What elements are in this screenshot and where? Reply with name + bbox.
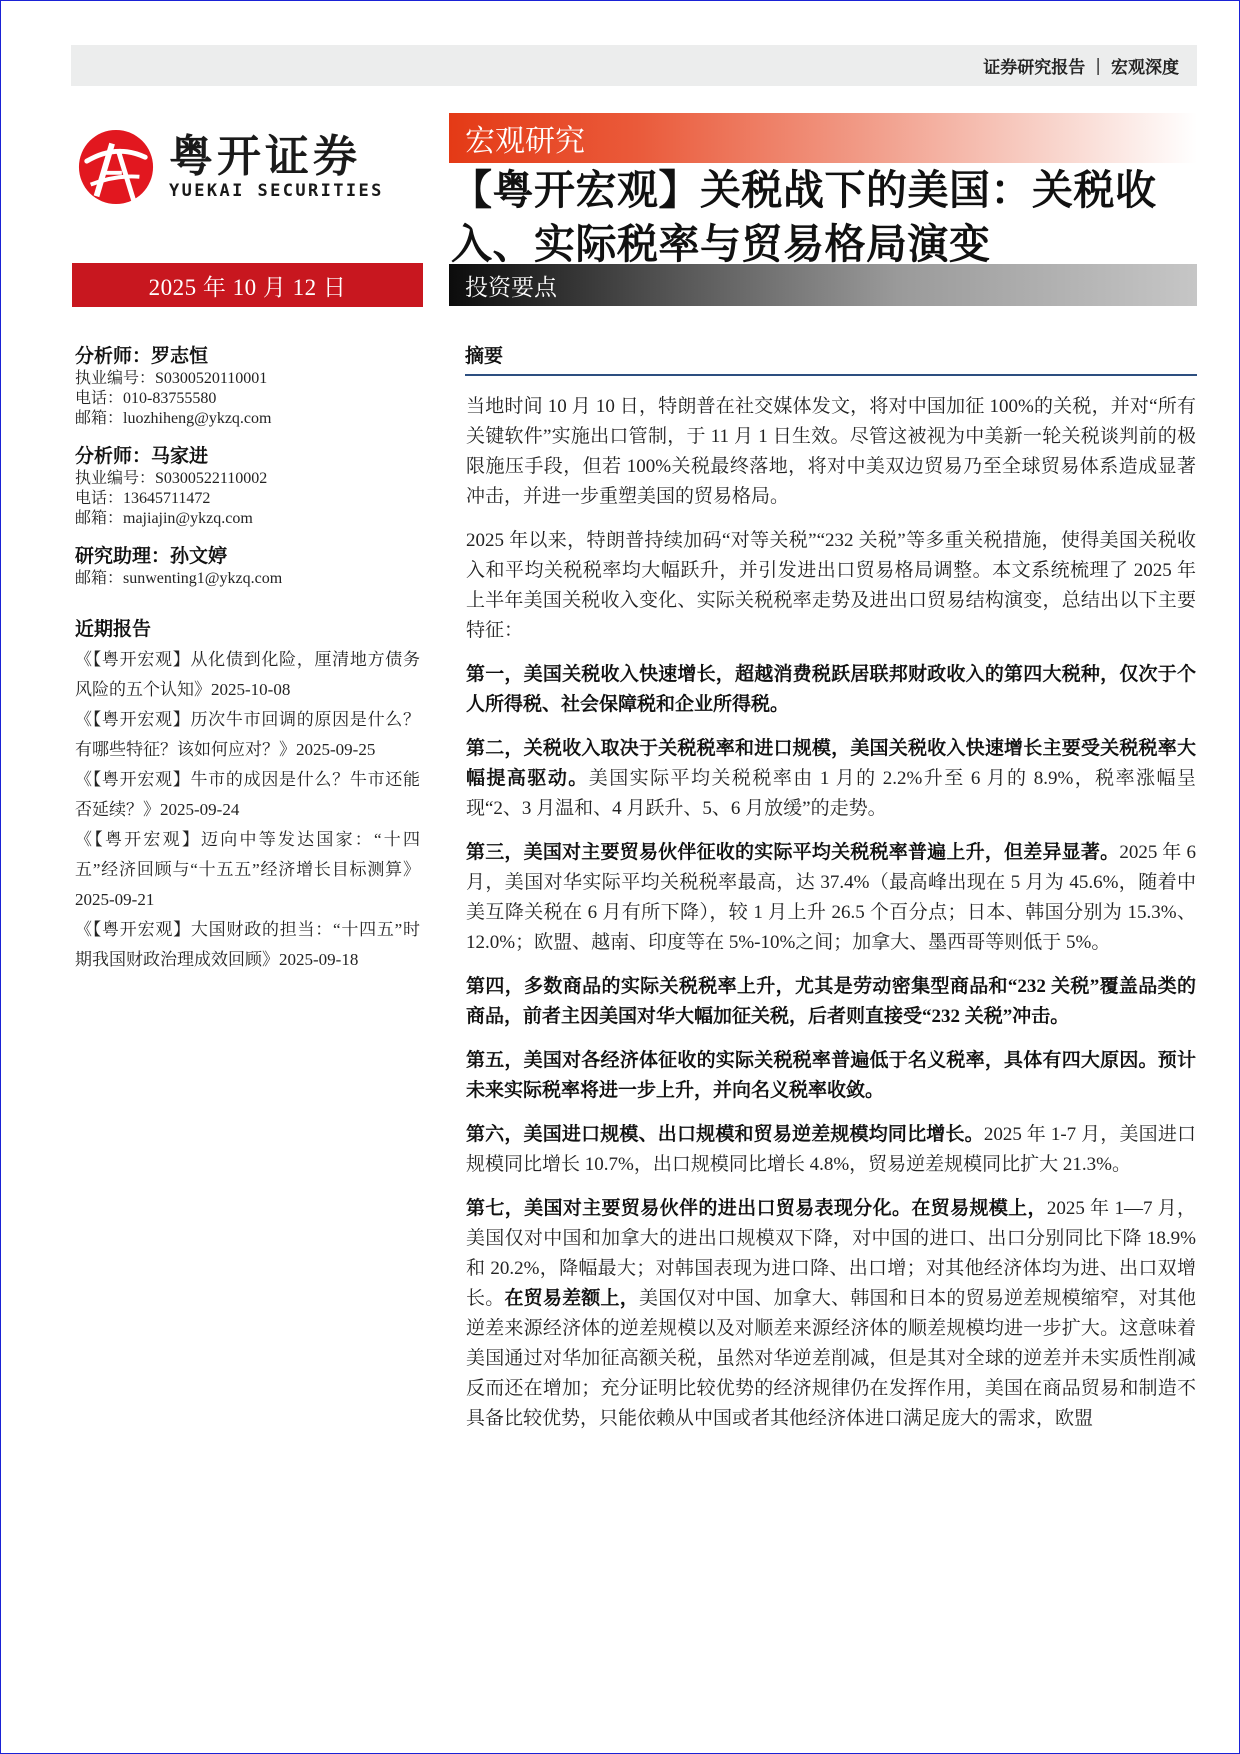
finding-7: 第七，美国对主要贸易伙伴的进出口贸易表现分化。在贸易规模上，2025 年 1—7…	[466, 1194, 1196, 1434]
recent-report-link[interactable]: 《【粤开宏观】牛市的成因是什么？牛市还能否延续？》2025-09-24	[75, 765, 420, 825]
logo-en-name: YUEKAI SECURITIES	[169, 181, 384, 201]
finding-2: 第二，关税收入取决于关税税率和进口规模，美国关税收入快速增长主要受关税税率大幅提…	[466, 734, 1196, 824]
finding-1: 第一，美国关税收入快速增长，超越消费税跃居联邦财政收入的第四大税种，仅次于个人所…	[466, 660, 1196, 720]
analyst-email[interactable]: 邮箱：majiajin@ykzq.com	[75, 509, 420, 529]
header-separator: |	[1095, 56, 1101, 76]
finding-lead: 第四，多数商品的实际关税税率上升，尤其是劳动密集型商品和“232 关税”覆盖品类…	[466, 976, 1196, 1027]
paragraph-text: 当地时间 10 月 10 日，特朗普在社交媒体发文，将对中国加征 100%的关税…	[466, 396, 1196, 507]
abstract-section: 摘要 当地时间 10 月 10 日，特朗普在社交媒体发文，将对中国加征 100%…	[466, 341, 1196, 1434]
analyst-phone: 电话：13645711472	[75, 489, 420, 509]
finding-lead: 第六，美国进口规模、出口规模和贸易逆差规模均同比增长。	[466, 1124, 984, 1145]
analyst-name: 分析师：罗志恒	[75, 343, 420, 369]
abstract-paragraph: 2025 年以来，特朗普持续加码“对等关税”“232 关税”等多重关税措施，使得…	[466, 526, 1196, 646]
logo-cn-name: 粤开证券	[169, 133, 384, 181]
yuekai-logo-icon	[77, 128, 155, 206]
assistant-block: 研究助理：孙文婷 邮箱：sunwenting1@ykzq.com	[75, 543, 420, 589]
report-header-bar: 证券研究报告 | 宏观深度	[71, 45, 1197, 86]
finding-3: 第三，美国对主要贸易伙伴征收的实际平均关税税率普遍上升，但差异显著。2025 年…	[466, 838, 1196, 958]
finding-lead: 第五，美国对各经济体征收的实际关税税率普遍低于名义税率，具体有四大原因。预计未来…	[466, 1050, 1196, 1101]
finding-5: 第五，美国对各经济体征收的实际关税税率普遍低于名义税率，具体有四大原因。预计未来…	[466, 1046, 1196, 1106]
abstract-heading: 摘要	[465, 341, 1197, 376]
report-type: 证券研究报告	[983, 53, 1085, 78]
finding-lead: 第一，美国关税收入快速增长，超越消费税跃居联邦财政收入的第四大税种，仅次于个人所…	[466, 664, 1196, 715]
sidebar: 分析师：罗志恒 执业编号：S0300520110001 电话：010-83755…	[75, 343, 420, 975]
analyst-license: 执业编号：S0300520110001	[75, 369, 420, 389]
analyst-phone: 电话：010-83755580	[75, 389, 420, 409]
finding-text-continued: 美国仅对中国、加拿大、韩国和日本的贸易逆差规模缩窄，对其他逆差来源经济体的逆差规…	[466, 1288, 1196, 1429]
analyst-email[interactable]: 邮箱：luozhiheng@ykzq.com	[75, 409, 420, 429]
finding-6: 第六，美国进口规模、出口规模和贸易逆差规模均同比增长。2025 年 1-7 月，…	[466, 1120, 1196, 1180]
finding-lead: 第七，美国对主要贸易伙伴的进出口贸易表现分化。在贸易规模上，	[466, 1198, 1047, 1219]
category-banner: 宏观研究	[449, 113, 1197, 163]
assistant-name: 研究助理：孙文婷	[75, 543, 420, 569]
finding-4: 第四，多数商品的实际关税税率上升，尤其是劳动密集型商品和“232 关税”覆盖品类…	[466, 972, 1196, 1032]
recent-report-link[interactable]: 《【粤开宏观】大国财政的担当：“十四五”时期我国财政治理成效回顾》2025-09…	[75, 915, 420, 975]
assistant-email[interactable]: 邮箱：sunwenting1@ykzq.com	[75, 569, 420, 589]
company-logo: 粤开证券 YUEKAI SECURITIES	[77, 127, 417, 207]
analyst-license: 执业编号：S0300522110002	[75, 469, 420, 489]
analyst-name: 分析师：马家进	[75, 443, 420, 469]
analyst-block: 分析师：马家进 执业编号：S0300522110002 电话：136457114…	[75, 443, 420, 529]
abstract-paragraph: 当地时间 10 月 10 日，特朗普在社交媒体发文，将对中国加征 100%的关税…	[466, 392, 1196, 512]
recent-reports-heading: 近期报告	[75, 615, 420, 643]
paragraph-text: 2025 年以来，特朗普持续加码“对等关税”“232 关税”等多重关税措施，使得…	[466, 530, 1196, 641]
finding-lead: 第三，美国对主要贸易伙伴征收的实际平均关税税率普遍上升，但差异显著。	[466, 842, 1119, 863]
investment-points-banner: 投资要点	[449, 264, 1197, 306]
report-date: 2025 年 10 月 12 日	[72, 263, 423, 307]
recent-reports: 近期报告 《【粤开宏观】从化债到化险，厘清地方债务风险的五个认知》2025-10…	[75, 615, 420, 975]
analyst-block: 分析师：罗志恒 执业编号：S0300520110001 电话：010-83755…	[75, 343, 420, 429]
recent-report-link[interactable]: 《【粤开宏观】迈向中等发达国家：“十四五”经济回顾与“十五五”经济增长目标测算》…	[75, 825, 420, 915]
recent-report-link[interactable]: 《【粤开宏观】历次牛市回调的原因是什么？有哪些特征？该如何应对？》2025-09…	[75, 705, 420, 765]
recent-report-link[interactable]: 《【粤开宏观】从化债到化险，厘清地方债务风险的五个认知》2025-10-08	[75, 645, 420, 705]
report-subtype: 宏观深度	[1111, 53, 1179, 78]
report-title: 【粤开宏观】关税战下的美国：关税收入、实际税率与贸易格局演变	[451, 163, 1201, 271]
finding-sublead: 在贸易差额上，	[504, 1288, 639, 1309]
